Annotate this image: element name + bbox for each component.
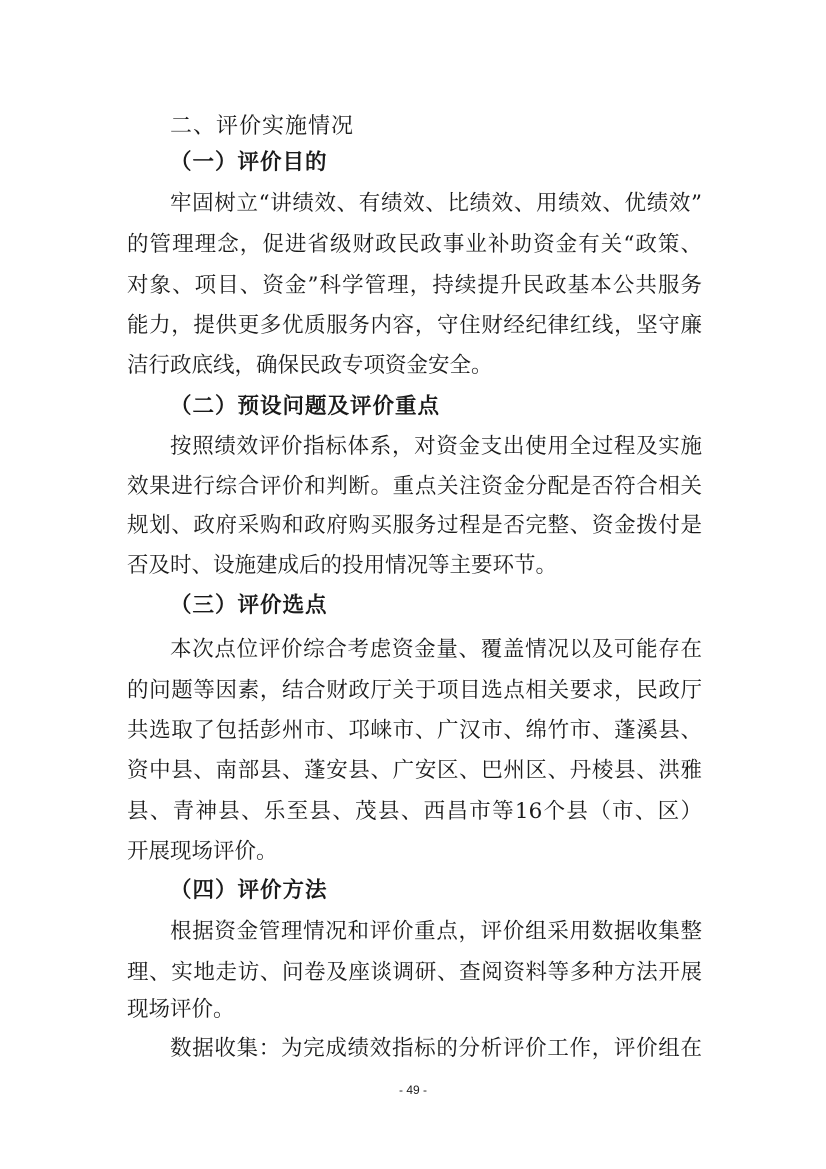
subsection-heading-2: （二）预设问题及评价重点 bbox=[170, 389, 440, 425]
paragraph-line: 效果进行综合评价和判断。重点关注资金分配是否符合相关 bbox=[127, 469, 702, 505]
document-page: 二、评价实施情况 （一）评价目的 牢固树立“讲绩效、有绩效、比绩效、用绩效、优绩… bbox=[0, 0, 826, 1169]
paragraph-line: 按照绩效评价指标体系，对资金支出使用全过程及实施 bbox=[170, 429, 702, 465]
paragraph-line: 本次点位评价综合考虑资金量、覆盖情况以及可能存在 bbox=[170, 632, 702, 668]
paragraph-line: 根据资金管理情况和评价重点，评价组采用数据收集整 bbox=[170, 914, 702, 950]
paragraph-line: 共选取了包括彭州市、邛崃市、广汉市、绵竹市、蓬溪县、 bbox=[127, 713, 702, 749]
section-title: 二、评价实施情况 bbox=[170, 109, 354, 145]
paragraph-line: 牢固树立“讲绩效、有绩效、比绩效、用绩效、优绩效” bbox=[170, 186, 702, 222]
paragraph-line: 能力，提供更多优质服务内容，守住财经纪律红线，坚守廉 bbox=[127, 308, 702, 344]
paragraph-line: 的管理理念，促进省级财政民政事业补助资金有关“政策、 bbox=[127, 227, 702, 263]
paragraph-line: 数据收集：为完成绩效指标的分析评价工作，评价组在 bbox=[170, 1031, 702, 1067]
paragraph-line: 开展现场评价。 bbox=[127, 834, 702, 870]
paragraph-line: 的问题等因素，结合财政厅关于项目选点相关要求，民政厅 bbox=[127, 673, 702, 709]
paragraph-line: 洁行政底线，确保民政专项资金安全。 bbox=[127, 348, 702, 384]
subsection-heading-4: （四）评价方法 bbox=[170, 873, 328, 909]
page-number: - 49 - bbox=[0, 1083, 826, 1097]
paragraph-line: 县、青神县、乐至县、茂县、西昌市等16个县（市、区） bbox=[127, 794, 702, 830]
paragraph-line: 对象、项目、资金”科学管理，持续提升民政基本公共服务 bbox=[127, 268, 702, 304]
paragraph-line: 理、实地走访、问卷及座谈调研、查阅资料等多种方法开展 bbox=[127, 955, 702, 991]
paragraph-line: 规划、政府采购和政府购买服务过程是否完整、资金拨付是 bbox=[127, 508, 702, 544]
paragraph-line: 否及时、设施建成后的投用情况等主要环节。 bbox=[127, 548, 702, 584]
subsection-heading-3: （三）评价选点 bbox=[170, 588, 328, 624]
paragraph-line: 资中县、南部县、蓬安县、广安区、巴州区、丹棱县、洪雅 bbox=[127, 753, 702, 789]
paragraph-line: 现场评价。 bbox=[127, 992, 702, 1028]
subsection-heading-1: （一）评价目的 bbox=[170, 145, 328, 181]
